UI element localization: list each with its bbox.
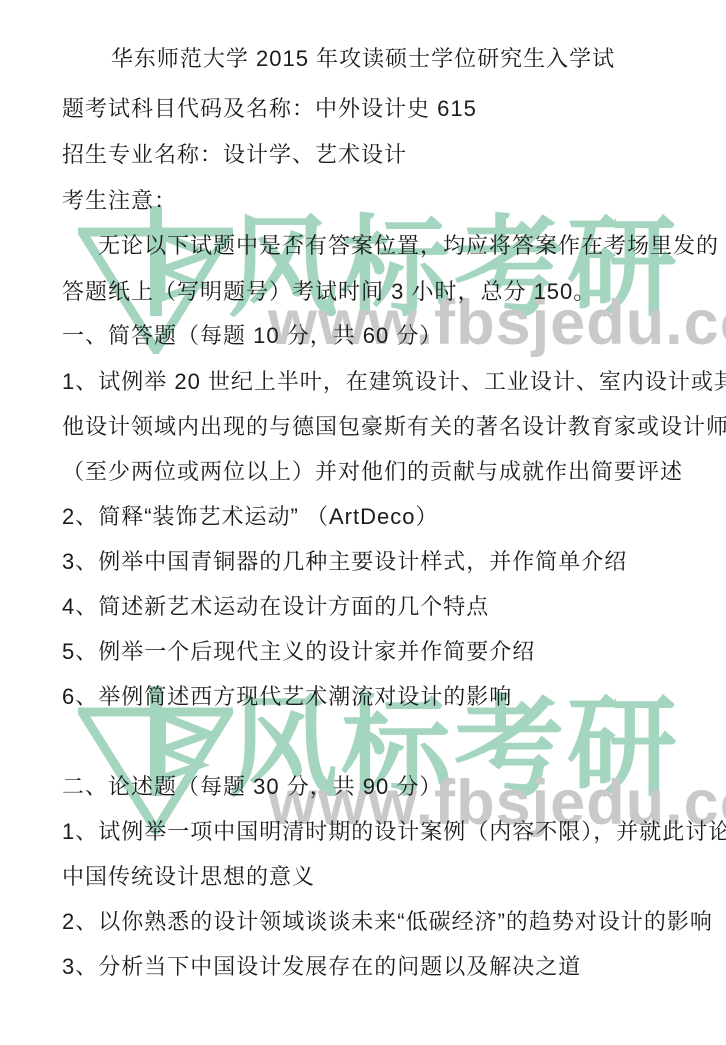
section-1-question-6: 6、举例简述西方现代艺术潮流对设计的影响 bbox=[62, 683, 696, 711]
notice-label: 考生注意： bbox=[62, 187, 696, 215]
section-2-question-1-line-2: 中国传统设计思想的意义 bbox=[62, 863, 696, 891]
subject-code-line: 题考试科目代码及名称：中外设计史 615 bbox=[62, 95, 696, 123]
section-2-question-1-line-1: 1、试例举一项中国明清时期的设计案例（内容不限），并就此讨论 bbox=[62, 818, 696, 846]
section-1-question-1-line-3: （至少两位或两位以上）并对他们的贡献与成就作出简要评述 bbox=[62, 458, 696, 486]
major-line: 招生专业名称：设计学、艺术设计 bbox=[62, 141, 696, 169]
section-2-question-2: 2、以你熟悉的设计领域谈谈未来“低碳经济”的趋势对设计的影响 bbox=[62, 908, 696, 936]
exam-title: 华东师范大学 2015 年攻读硕士学位研究生入学试 bbox=[0, 45, 726, 73]
notice-line-1: 无论以下试题中是否有答案位置，均应将答案作在考场里发的 bbox=[62, 232, 696, 260]
section-1-question-2: 2、简释“装饰艺术运动” （ArtDeco） bbox=[62, 503, 696, 531]
section-1-heading: 一、简答题（每题 10 分，共 60 分） bbox=[62, 322, 696, 350]
watermark-brand-text: 风标考研 bbox=[228, 214, 680, 324]
section-1-question-4: 4、简述新艺术运动在设计方面的几个特点 bbox=[62, 593, 696, 621]
section-1-question-5: 5、例举一个后现代主义的设计家并作简要介绍 bbox=[62, 638, 696, 666]
section-1-question-1-line-2: 他设计领域内出现的与德国包豪斯有关的著名设计教育家或设计师 bbox=[62, 413, 696, 441]
section-2-question-3: 3、分析当下中国设计发展存在的问题以及解决之道 bbox=[62, 953, 696, 981]
section-1-question-3: 3、例举中国青铜器的几种主要设计样式，并作简单介绍 bbox=[62, 548, 696, 576]
notice-line-2: 答题纸上（写明题号）考试时间 3 小时，总分 150。 bbox=[62, 278, 696, 306]
section-1-question-1-line-1: 1、试例举 20 世纪上半叶，在建筑设计、工业设计、室内设计或其 bbox=[62, 368, 696, 396]
section-2-heading: 二、论述题（每题 30 分，共 90 分） bbox=[62, 773, 696, 801]
exam-paper-page: 风标考研 www.fbsjedu.com 风标考研 www.fbsjedu.co… bbox=[0, 0, 726, 1045]
